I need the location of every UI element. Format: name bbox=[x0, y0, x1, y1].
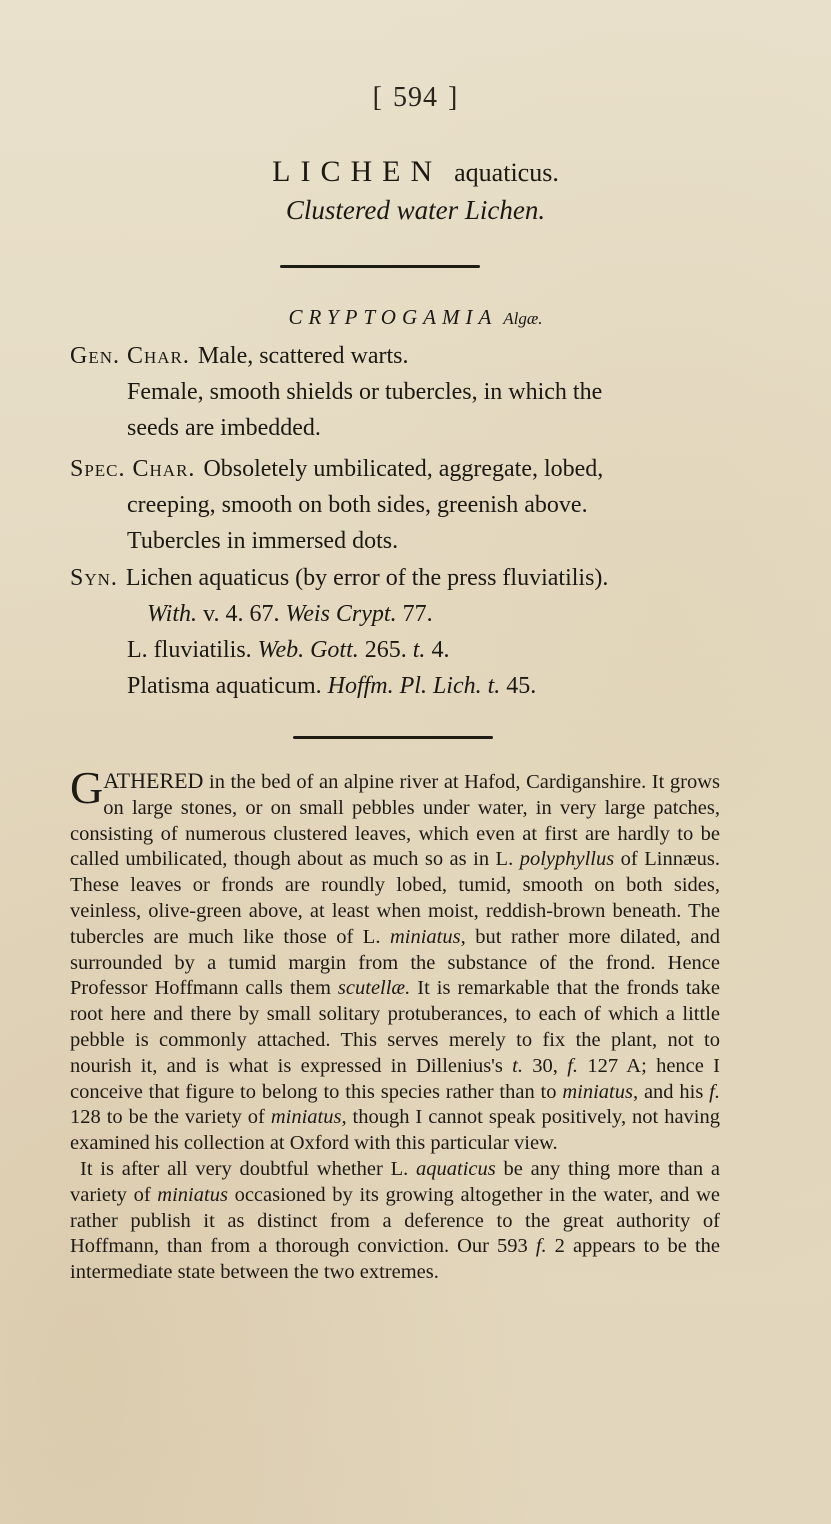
italic-text: f. bbox=[567, 1055, 578, 1077]
specific-character: Spec. Char.Obsoletely umbilicated, aggre… bbox=[70, 451, 760, 559]
syn-line-4: Platisma aquaticum. Hoffm. Pl. Lich. t. … bbox=[70, 668, 760, 704]
classification: CRYPTOGAMIAAlgæ. bbox=[0, 305, 831, 330]
divider-rule bbox=[293, 736, 493, 739]
book-page: [594] LICHENaquaticus. Clustered water L… bbox=[0, 0, 831, 1524]
gen-line-2: Female, smooth shields or tubercles, in … bbox=[70, 374, 760, 410]
common-name: Clustered water Lichen. bbox=[0, 195, 831, 226]
syn-ref-with: With. bbox=[147, 601, 197, 627]
italic-text: miniatus bbox=[562, 1081, 633, 1103]
lead-word: ATHERED bbox=[103, 768, 203, 793]
italic-text: miniatus bbox=[271, 1106, 342, 1128]
spec-line-2: creeping, smooth on both sides, greenish… bbox=[70, 487, 760, 523]
gen-line-3: seeds are imbedded. bbox=[70, 410, 760, 446]
gen-char-label: Gen. Char. bbox=[70, 343, 190, 369]
gen-char-text: Male, scattered warts. bbox=[198, 343, 409, 369]
drop-cap: G bbox=[70, 770, 103, 806]
italic-text: miniatus bbox=[157, 1184, 228, 1206]
italic-text: t. bbox=[512, 1055, 523, 1077]
species-title: LICHENaquaticus. bbox=[0, 155, 831, 189]
genus-name: LICHEN bbox=[272, 155, 442, 188]
syn-ref-text: 45. bbox=[500, 673, 536, 699]
synonyms: Syn.Lichen aquaticus (by error of the pr… bbox=[70, 560, 760, 704]
syn-line-2: With. v. 4. 67. Weis Crypt. 77. bbox=[70, 596, 760, 632]
page-number-value: 594 bbox=[393, 82, 438, 113]
italic-text: scutellæ. bbox=[338, 977, 410, 999]
syn-text: Lichen aquaticus (by error of the press … bbox=[126, 565, 609, 591]
syn-ref-hoffm: Hoffm. Pl. Lich. t. bbox=[328, 673, 501, 699]
syn-platisma: Platisma aquaticum. bbox=[127, 673, 328, 699]
syn-line-3: L. fluviatilis. Web. Gott. 265. t. 4. bbox=[70, 632, 760, 668]
syn-label: Syn. bbox=[70, 565, 118, 591]
order-name: Algæ. bbox=[503, 309, 542, 328]
syn-line-1: Syn.Lichen aquaticus (by error of the pr… bbox=[70, 560, 760, 596]
spec-char-label: Spec. Char. bbox=[70, 456, 195, 482]
paragraph-1: GATHERED in the bed of an alpine river a… bbox=[70, 768, 720, 1157]
syn-ref-text: 4. bbox=[425, 637, 449, 663]
text: It is after all very doubtful whether L. bbox=[80, 1158, 416, 1180]
bracket-close: ] bbox=[448, 82, 458, 113]
bracket-open: [ bbox=[373, 82, 383, 113]
text: 128 to be the variety of bbox=[70, 1106, 271, 1128]
italic-text: aquaticus bbox=[416, 1158, 496, 1180]
syn-ref-web: Web. Gott. bbox=[258, 637, 359, 663]
generic-character: Gen. Char.Male, scattered warts. Female,… bbox=[70, 338, 760, 446]
syn-ref-text: 265. bbox=[359, 637, 413, 663]
spec-line-1: Spec. Char.Obsoletely umbilicated, aggre… bbox=[70, 451, 760, 487]
italic-text: f. bbox=[536, 1235, 547, 1257]
syn-ref-text: 77. bbox=[397, 601, 433, 627]
text: , and his bbox=[633, 1081, 709, 1103]
spec-line-3: Tubercles in immersed dots. bbox=[70, 523, 760, 559]
description-body: GATHERED in the bed of an alpine river a… bbox=[70, 768, 720, 1286]
syn-ref-weis: Weis Crypt. bbox=[285, 601, 396, 627]
gen-line-1: Gen. Char.Male, scattered warts. bbox=[70, 338, 760, 374]
syn-ref-text: v. 4. 67. bbox=[197, 601, 285, 627]
syn-ref-t: t. bbox=[413, 637, 426, 663]
page-number: [594] bbox=[0, 82, 831, 114]
paragraph-2: It is after all very doubtful whether L.… bbox=[70, 1157, 720, 1286]
class-name: CRYPTOGAMIA bbox=[289, 305, 498, 329]
species-name: aquaticus. bbox=[454, 158, 559, 187]
italic-text: polyphyllus bbox=[520, 848, 615, 870]
text: 30, bbox=[523, 1055, 567, 1077]
divider-rule bbox=[280, 265, 480, 268]
syn-fluviatilis: L. fluviatilis. bbox=[127, 637, 258, 663]
italic-text: miniatus bbox=[390, 926, 461, 948]
spec-char-text: Obsoletely umbilicated, aggregate, lobed… bbox=[203, 456, 603, 482]
italic-text: f. bbox=[709, 1081, 720, 1103]
